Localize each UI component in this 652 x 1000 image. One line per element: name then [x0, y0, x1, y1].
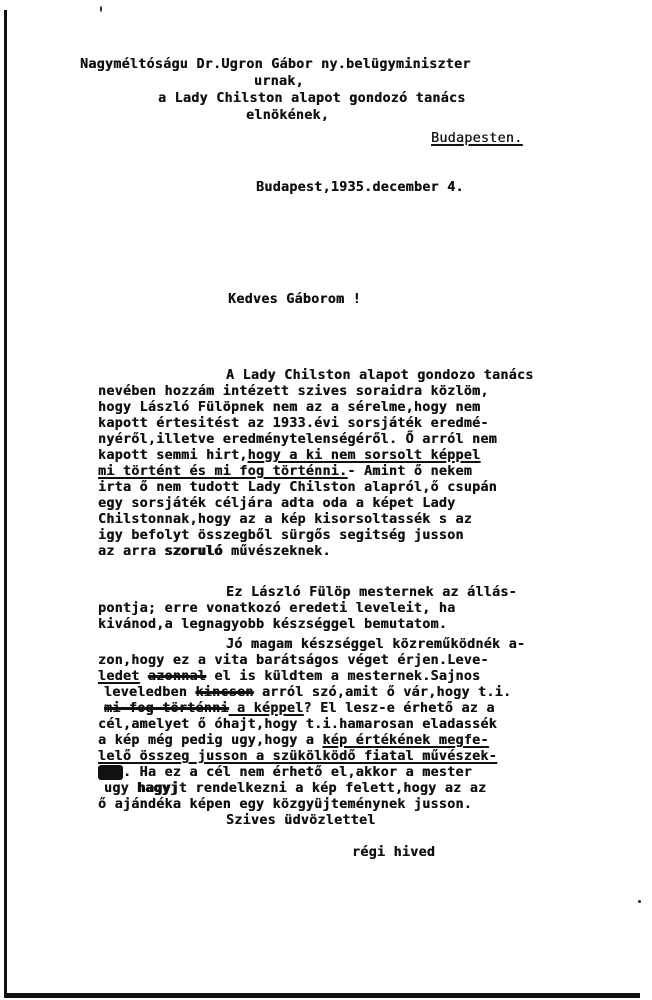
dateline: Budapest,1935.december 4.: [256, 180, 464, 196]
body-line: A Lady Chilston alapot gondozo tanács: [226, 368, 534, 384]
body-line: nyéről,illetve eredménytelenségéről. Ő a…: [98, 432, 497, 448]
underlined-text: a képpel: [229, 701, 304, 716]
body-line: kapott semmi hirt,hogy a ki nem sorsolt …: [98, 448, 480, 464]
body-text: arról szó,amit ő vár,hogy t.i.: [254, 685, 512, 700]
body-text: - Amint ő nekem: [347, 464, 472, 479]
body-text: leveledben: [104, 685, 195, 700]
body-line: hogy László Fülöpnek nem az a sérelme,ho…: [98, 400, 480, 416]
body-line: kapott értesitést az 1933.évi sorsjáték …: [98, 416, 489, 432]
body-line: Chilstonnak,hogy az a kép kisorsoltassék…: [98, 512, 472, 528]
underlined-text: hogy a ki nem sorsolt képpel: [248, 448, 481, 463]
body-text: az arra: [98, 544, 165, 559]
scan-edge-left: [4, 10, 7, 995]
letter-page: Nagyméltóságu Dr.Ugron Gábor ny.belügymi…: [0, 0, 652, 1000]
underlined-text: ledet: [98, 669, 140, 684]
body-line: irta ő nem tudott Lady Chilston alapról,…: [98, 480, 497, 496]
struck-text: kincsen: [195, 685, 253, 700]
body-text: el is küldtem a mesternek.Sajnos: [206, 669, 480, 684]
body-line: nek. Ha ez a cél nem érhető el,akkor a m…: [98, 765, 472, 781]
body-line: pontja; erre vonatkozó eredeti leveleit,…: [98, 601, 455, 617]
scan-speck: [638, 900, 641, 903]
body-text: t rendelkezni a kép felett,hogy az az: [179, 781, 487, 796]
salutation: Kedves Gáborom !: [228, 292, 361, 308]
body-line: ledet azonnal el is küldtem a mesternek.…: [98, 669, 480, 685]
underlined-text: kép értékének megfe-: [322, 733, 488, 748]
body-line: mi történt és mi fog történni.- Amint ő …: [98, 464, 472, 480]
body-text: ugy: [104, 781, 137, 796]
scan-edge-bottom: [4, 993, 640, 998]
body-line: cél,amelyet ő óhajt,hogy t.i.hamarosan e…: [98, 717, 497, 733]
body-text: ? El lesz-e érhető az a: [304, 701, 495, 716]
body-line: zon,hogy ez a vita barátságos véget érje…: [98, 653, 489, 669]
scan-speck: [100, 6, 102, 12]
overtyped-text: szoruló: [165, 544, 223, 559]
body-line: egy sorsjáték céljára adta oda a képet L…: [98, 496, 455, 512]
address-line-4: elnökének,: [246, 108, 329, 124]
body-line: ugy hagyjt rendelkezni a kép felett,hogy…: [104, 781, 486, 797]
struck-text: azonnal: [148, 669, 206, 684]
address-city: Budapesten.: [431, 131, 522, 147]
body-line: Jó magam készséggel közreműködnék a-: [226, 637, 525, 653]
signature: régi hived: [352, 845, 435, 861]
body-text: művészeknek.: [223, 544, 331, 559]
body-text: a kép még pedig ugy,hogy a: [98, 733, 322, 748]
body-text: . Ha ez a cél nem érhető el,akkor a mest…: [123, 765, 472, 780]
address-line-2: urnak,: [254, 74, 304, 90]
body-line: kivánod,a legnagyobb készséggel bemutato…: [98, 617, 447, 633]
underlined-text: mi történt és mi fog történni.: [98, 464, 347, 479]
address-line-3: a Lady Chilston alapot gondozó tanács: [158, 91, 466, 107]
body-line: igy befolyt összegből sürgős segitség ju…: [98, 528, 464, 544]
body-text: kapott semmi hirt,: [98, 448, 248, 463]
body-line: mi fog történni a képpel? El lesz-e érhe…: [104, 701, 495, 717]
ink-blot: nek: [98, 765, 123, 780]
body-line: nevében hozzám intézett szives soraidra …: [98, 384, 489, 400]
body-line: Ez László Fülöp mesternek az állás-: [226, 585, 517, 601]
overtyped-text: hagyj: [137, 781, 179, 796]
body-line: leveledben kincsen arról szó,amit ő vár,…: [104, 685, 511, 701]
body-line: az arra szoruló művészeknek.: [98, 544, 331, 560]
address-line-1: Nagyméltóságu Dr.Ugron Gábor ny.belügymi…: [80, 57, 471, 73]
body-line: a kép még pedig ugy,hogy a kép értékének…: [98, 733, 489, 749]
body-line: ő ajándéka képen egy közgyüjteménynek ju…: [98, 797, 472, 813]
struck-underlined-text: mi fog történni: [104, 701, 229, 716]
underlined-text: lelő összeg jusson a szükölködő fiatal m…: [98, 749, 497, 765]
closing: Szives üdvözlettel: [226, 813, 376, 829]
